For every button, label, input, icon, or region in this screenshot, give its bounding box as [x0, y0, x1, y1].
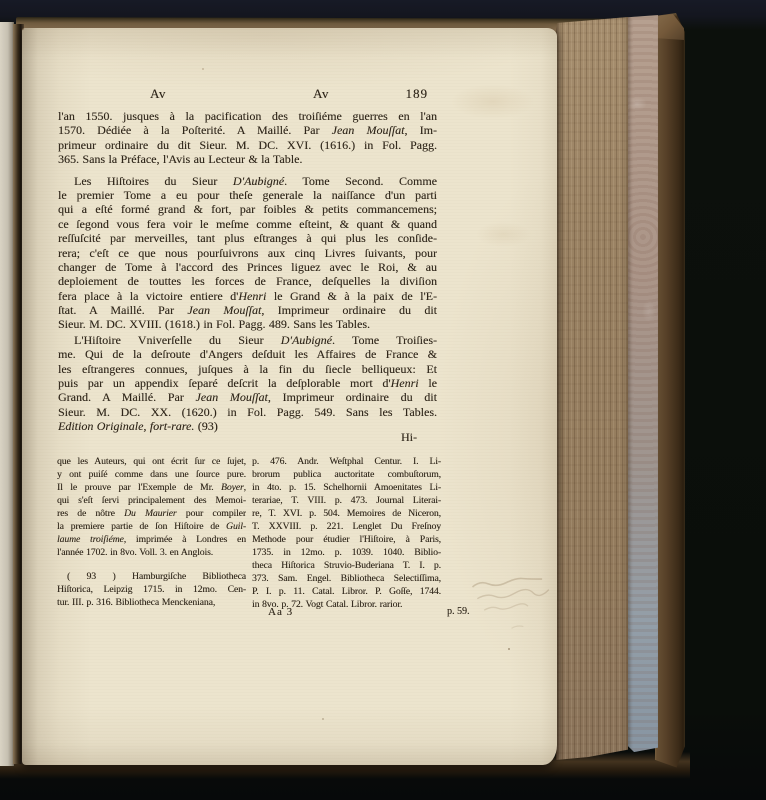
paragraph: l'an 1550. jusques à la pacification des… [58, 109, 437, 167]
text-segment: in 4to. p. 15. Schelhornii Amoenitates L… [252, 482, 441, 493]
text-line: T. XXVIII. p. 221. Lenglet Du Freſnoy [252, 520, 441, 533]
text-segment: Hiſtorica, Leipzig 1715. in 12mo. Cen- [57, 584, 246, 595]
text-segment: Henri [391, 376, 419, 390]
text-segment: ( 93 ) Hamburgiſche Bibliotheca [67, 571, 246, 582]
text-segment: Les Hiſtoires du Sieur [74, 174, 233, 188]
running-title-left: Av [150, 86, 166, 102]
text-line: L'Hiſtoire Vniverſelle du Sieur D'Aubign… [58, 333, 437, 347]
text-segment: . Tome Second. Comme [284, 174, 437, 188]
text-line: in 4to. p. 15. Schelhornii Amoenitates L… [252, 481, 441, 494]
text-segment: Jean Mouſſat [187, 303, 261, 317]
text-segment: 373. Sam. Engel. Bibliotheca Selectiſſim… [252, 573, 441, 584]
catchword: Hi- [58, 430, 437, 445]
text-line: changer de Tome à l'accord des Princes l… [58, 260, 437, 274]
text-line: primeur ordinaire du dit Sieur. M. DC. X… [58, 138, 437, 152]
text-segment: Methode pour étudier l'Hiſtoire, à Paris… [252, 534, 441, 545]
text-segment: qui s'eſt ſervi principalement des Memoi… [57, 495, 246, 506]
text-line: Sieur. M. DC. XVIII. (1618.) in Fol. Pag… [58, 317, 437, 331]
text-segment: rera; c'eſt ce que nous pourſuivrons aux… [58, 246, 437, 260]
text-segment: le [419, 376, 437, 390]
text-line: le premier Tome a eu pour theſe generale… [58, 188, 437, 202]
text-line: laume troiſiéme, imprimée à Londres en [57, 533, 246, 546]
text-segment: brorum publica auctoritate combuſtorum, [252, 469, 441, 480]
text-segment: le premier Tome a eu pour theſe generale… [58, 188, 437, 202]
text-segment: l'année 1702. in 8vo. Voll. 3. en Angloi… [57, 547, 213, 558]
text-segment: Du Maurier [124, 508, 176, 519]
text-segment: Jean Mouſſat [332, 123, 405, 137]
paragraph: L'Hiſtoire Vniverſelle du Sieur D'Aubign… [58, 333, 437, 434]
text-segment: laume troiſiéme [57, 534, 124, 545]
text-segment: 1735. in 12mo. p. 1039. 1040. Biblio- [252, 547, 441, 558]
footnote-right-column: p. 476. Andr. Weſtphal Centur. I. Li-bro… [252, 455, 441, 611]
text-line: la premiere partie de ſon Hiſtoire de Gu… [57, 520, 246, 533]
text-segment: que les Auteurs, qui ont écrit ſur ce ſu… [57, 456, 246, 467]
signature-mark: Aa 3 [268, 606, 293, 618]
text-segment: Boyer [221, 482, 244, 493]
text-segment: Jean Mouſſat [195, 390, 267, 404]
cover-board-edge [655, 13, 685, 769]
fore-edge-pages [556, 17, 628, 763]
text-line: brorum publica auctoritate combuſtorum, [252, 468, 441, 481]
text-segment: , Im- [404, 123, 437, 137]
text-segment: Guil- [226, 521, 246, 532]
text-segment: le Grand & à la paix de l'E- [266, 289, 437, 303]
text-segment: Henri [238, 289, 266, 303]
text-line: les eſtrangeres connues, juſques à la fi… [58, 362, 437, 376]
text-line: re, T. XVI. p. 504. Memoires de Niceron, [252, 507, 441, 520]
text-line: l'année 1702. in 8vo. Voll. 3. en Angloi… [57, 546, 246, 559]
text-segment: p. 476. Andr. Weſtphal Centur. I. Li- [252, 456, 441, 467]
text-line: p. 476. Andr. Weſtphal Centur. I. Li- [252, 455, 441, 468]
text-segment: tur. III. p. 316. Bibliotheca Menckenian… [57, 597, 215, 608]
footnote-left-column: que les Auteurs, qui ont écrit ſur ce ſu… [57, 455, 246, 609]
paragraph: Les Hiſtoires du Sieur D'Aubigné. Tome S… [58, 174, 437, 332]
text-line: qui s'eſt ſervi principalement des Memoi… [57, 494, 246, 507]
text-segment: , imprimée à Londres en [124, 534, 246, 545]
text-segment: Sieur. M. DC. XVIII. (1618.) in Fol. Pag… [58, 317, 370, 331]
text-line: ce ſegond vous fera voir le meſme comme … [58, 217, 437, 231]
text-line: puis par un appendix ſeparé deſcrit la d… [58, 376, 437, 390]
text-line: ( 93 ) Hamburgiſche Bibliotheca [57, 570, 246, 583]
book-page: Av Av 189 l'an 1550. jusques à la pacifi… [22, 28, 557, 765]
text-line: y ont puiſé comme dans une ſource pure. [57, 468, 246, 481]
page-number: 189 [406, 86, 429, 102]
text-line: l'an 1550. jusques à la pacification des… [58, 109, 437, 123]
text-line: res de nôtre Du Maurier pour compiler [57, 507, 246, 520]
ink-show-through-marks [468, 573, 564, 641]
text-segment: deploiement de touttes les forces de Fra… [58, 274, 437, 288]
text-segment: y ont puiſé comme dans une ſource pure. [57, 469, 246, 480]
text-line: 365. Sans la Préface, l'Avis au Lecteur … [58, 152, 437, 166]
text-segment: reſſuſcité par merveilles, tant plus eſt… [58, 231, 437, 245]
text-line: ſtat. A Maillé. Par Jean Mouſſat, Imprim… [58, 303, 437, 317]
running-header: Av Av 189 [58, 86, 437, 102]
running-title-center: Av [313, 86, 329, 102]
text-line: rera; c'eſt ce que nous pourſuivrons aux… [58, 246, 437, 260]
text-line: deploiement de touttes les forces de Fra… [58, 274, 437, 288]
text-segment: fera place à la victoire entiere d' [58, 289, 238, 303]
left-page-edge [0, 22, 14, 766]
text-line: Methode pour étudier l'Hiſtoire, à Paris… [252, 533, 441, 546]
text-segment: L'Hiſtoire Vniverſelle du Sieur [74, 333, 281, 347]
text-segment: primeur ordinaire du dit Sieur. M. DC. X… [58, 138, 437, 152]
text-segment: qui a eſté formé grand & fort, par foibl… [58, 202, 437, 216]
text-segment: ce ſegond vous fera voir le meſme comme … [58, 217, 437, 231]
text-line: P. I. p. 11. Catal. Libror. P. Goſſe, 17… [252, 585, 441, 598]
text-line: terariae, T. VIII. p. 473. Journal Liter… [252, 494, 441, 507]
text-segment: . Tome Troiſies- [332, 333, 437, 347]
text-line: Sieur. M. DC. XX. (1620.) in Fol. Pagg. … [58, 405, 437, 419]
text-line: fera place à la victoire entiere d'Henri… [58, 289, 437, 303]
text-segment: les eſtrangeres connues, juſques à la fi… [58, 362, 437, 376]
text-segment: T. XXVIII. p. 221. Lenglet Du Freſnoy [252, 521, 441, 532]
book-photograph: Av Av 189 l'an 1550. jusques à la pacifi… [0, 0, 766, 800]
text-line: theca Hiſtorica Struvio-Buderiana T. I. … [252, 559, 441, 572]
text-segment: puis par un appendix ſeparé deſcrit la d… [58, 376, 391, 390]
text-segment: l'an 1550. jusques à la pacification des… [58, 109, 437, 123]
text-line: que les Auteurs, qui ont écrit ſur ce ſu… [57, 455, 246, 468]
text-segment: 1570. Dédiée à la Poſterité. A Maillé. P… [58, 123, 332, 137]
text-segment: P. I. p. 11. Catal. Libror. P. Goſſe, 17… [252, 586, 441, 597]
text-segment: me. Qui de la deſroute d'Angers deſduit … [58, 347, 437, 361]
footnote-catchword: p. 59. [447, 606, 470, 617]
text-segment: terariae, T. VIII. p. 473. Journal Liter… [252, 495, 441, 506]
text-line: qui a eſté formé grand & fort, par foibl… [58, 202, 437, 216]
text-segment: ſtat. A Maillé. Par [58, 303, 187, 317]
text-segment: theca Hiſtorica Struvio-Buderiana T. I. … [252, 560, 441, 571]
text-segment: re, T. XVI. p. 504. Memoires de Niceron, [252, 508, 441, 519]
text-line: tur. III. p. 316. Bibliotheca Menckenian… [57, 596, 246, 609]
text-line: Grand. A Maillé. Par Jean Mouſſat, Impri… [58, 390, 437, 404]
paper-specks [22, 28, 24, 30]
text-line: Il le prouve par l'Exemple de Mr. Boyer, [57, 481, 246, 494]
text-segment: , Imprimeur ordinaire du dit [268, 390, 437, 404]
main-text-block: l'an 1550. jusques à la pacification des… [58, 109, 437, 434]
text-segment: , [244, 482, 246, 493]
text-segment: D'Aubigné [281, 333, 332, 347]
text-segment: Grand. A Maillé. Par [58, 390, 195, 404]
text-segment: pour compiler [177, 508, 246, 519]
text-segment: res de nôtre [57, 508, 124, 519]
text-line: 1570. Dédiée à la Poſterité. A Maillé. P… [58, 123, 437, 137]
text-segment: Sieur. M. DC. XX. (1620.) in Fol. Pagg. … [58, 405, 437, 419]
text-line: reſſuſcité par merveilles, tant plus eſt… [58, 231, 437, 245]
text-line: 373. Sam. Engel. Bibliotheca Selectiſſim… [252, 572, 441, 585]
text-line: Hiſtorica, Leipzig 1715. in 12mo. Cen- [57, 583, 246, 596]
text-segment: , Imprimeur ordinaire du dit [261, 303, 437, 317]
text-segment: D'Aubigné [233, 174, 284, 188]
text-segment: changer de Tome à l'accord des Princes l… [58, 260, 437, 274]
text-line: 1735. in 12mo. p. 1039. 1040. Biblio- [252, 546, 441, 559]
text-line: Les Hiſtoires du Sieur D'Aubigné. Tome S… [58, 174, 437, 188]
text-line: me. Qui de la deſroute d'Angers deſduit … [58, 347, 437, 361]
marbled-edge [628, 15, 658, 755]
text-segment: 365. Sans la Préface, l'Avis au Lecteur … [58, 152, 302, 166]
text-segment: Il le prouve par l'Exemple de Mr. [57, 482, 221, 493]
text-segment: la premiere partie de ſon Hiſtoire de [57, 521, 226, 532]
